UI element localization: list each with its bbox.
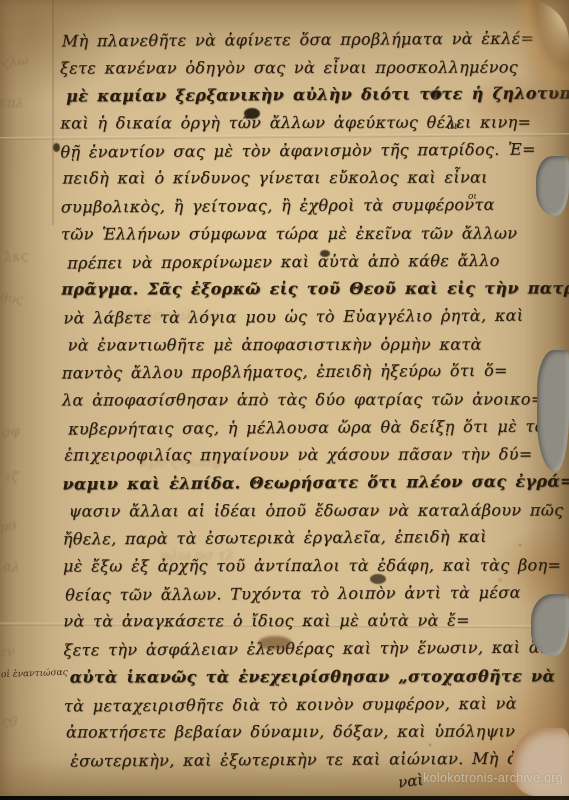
text-line: πειδὴ καὶ ὁ κίνδυνος γίνεται εὔκολος καὶ… [61,164,547,193]
text-line: θείας τῶν ἄλλων. Τυχόντα τὸ λοιπὸν ἀντὶ … [63,578,549,609]
folded-corner [511,0,569,126]
text-line: Μὴ πλανεθῆτε νὰ ἀφίνετε ὅσα προβλήματα ν… [60,25,546,56]
text-line: ξετε κανέναν ὁδηγὸν σας νὰ εἶναι προσκολ… [60,53,546,82]
text-line: παντὸς ἄλλου προβλήματος, ἐπειδὴ ἠξεύρω … [62,357,548,388]
text-line: θῇ ἐναντίον σας μὲ τὸν ἀφανισμὸν τῆς πατ… [60,135,546,166]
torn-patch [537,350,569,472]
ink-blot [430,90,442,98]
ghost-writing: ιζ [6,470,19,486]
text-line: μὲ ἔξω ἐξ ἀρχῆς τοῦ ἀντίπαλοι τὰ ἐδάφη, … [63,552,549,581]
torn-patch [536,156,569,216]
ghost-writing: θυς [0,291,24,308]
text-line: ξετε τὴν ἀσφάλειαν ἐλευθέρας καὶ τὴν ἕνω… [63,634,549,665]
ghost-writing: λκς [4,249,29,266]
manuscript-scan-page: ςλω επλ λκς θυς σφ ιζ μθ αλ εν ςθ ωνφλσ … [0,0,569,800]
ghost-writing: ςλω [1,53,29,71]
ink-smudge [258,636,292,650]
margin-note: οἱ ἐναντιώσας [1,668,68,680]
text-line: αὐτὰ ἱκανῶς τὰ ἐνεχειρίσθησαν „στοχασθῆτ… [64,662,550,691]
text-line: μὲ καμίαν ξερξανικὴν αὐλὴν διότι τότε ἡ … [60,80,546,111]
letter-body: Μὴ πλανεθῆτε νὰ ἀφίνετε ὅσα προβλήματα ν… [60,25,551,776]
ghost-writing: αλ [2,559,20,575]
ghost-writing: ςθ [1,714,17,730]
text-line: κυβερνήταις σας, ἡ μέλλουσα ὥρα θὰ δείξῃ… [62,412,548,443]
text-line: πρᾶγμα. Σᾶς ἐξορκῶ εἰς τοῦ Θεοῦ καὶ εἰς … [61,275,547,304]
ink-blot [53,143,60,152]
ink-blot [370,574,386,584]
ghost-writing: επλ [0,95,24,112]
text-line: ψασιν ἄλλαι αἱ ἰδέαι ὁποῦ ἔδωσαν νὰ κατα… [63,496,549,525]
scan-edge [0,796,569,800]
text-line: τὰ μεταχειρισθῆτε διὰ τὸ κοινὸν συμφέρον… [64,689,550,720]
archive-watermark: kolokotronis-archive.org [423,771,563,785]
text-line: πρέπει νὰ προκρίνωμεν καὶ αὐτὰ ἀπὸ κάθε … [61,246,547,277]
ink-blot [244,108,260,119]
text-line: καὶ ἡ δικαία ὀργὴ τῶν ἄλλων ἀφεύκτως θέλ… [60,109,546,138]
catchword: ναὶ [397,771,424,792]
text-line: ἤθελε, παρὰ τὰ ἐσωτερικὰ ἐργαλεῖα, ἐπειδ… [63,523,549,554]
ghost-writing: σφ [1,424,20,441]
ghost-writing: εν [0,645,15,661]
text-line: ναμιν καὶ ἐλπίδα. Θεωρήσατε ὅτι πλέον σα… [62,468,548,499]
text-line: νὰ λάβετε τὰ λόγια μου ὡς τὸ Εὐαγγέλιο ῥ… [61,301,547,332]
text-line: ἀποκτήσετε βεβαίαν δύναμιν, δόξαν, καὶ ὑ… [64,718,550,747]
vertical-fold-crease [52,0,54,225]
torn-corner-patch [512,728,569,796]
text-line: νὰ ἐναντιωθῆτε μὲ ἀποφασιστικὴν ὁρμὴν κα… [62,330,548,359]
ghost-writing: μθ [0,519,17,535]
torn-patch [531,594,569,656]
interlinear-addition: οι [468,192,477,202]
text-line: τῶν Ἑλλήνων σύμφωνα τώρα μὲ ἐκεῖνα τῶν ἄ… [61,219,547,248]
text-line: ἐπιχειροφιλίας πηγαίνουν νὰ χάσουν πᾶσαν… [62,441,548,470]
ink-blot [320,250,330,257]
interlinear-addition: ἄν [447,121,460,132]
text-line: λα ἀποφασίσθησαν ἀπὸ τὰς δύο φατρίας τῶν… [62,385,548,414]
text-line: νὰ τὰ ἀναγκάσετε ὁ ἴδιος καὶ μὲ αὐτὰ νὰ … [63,607,549,636]
